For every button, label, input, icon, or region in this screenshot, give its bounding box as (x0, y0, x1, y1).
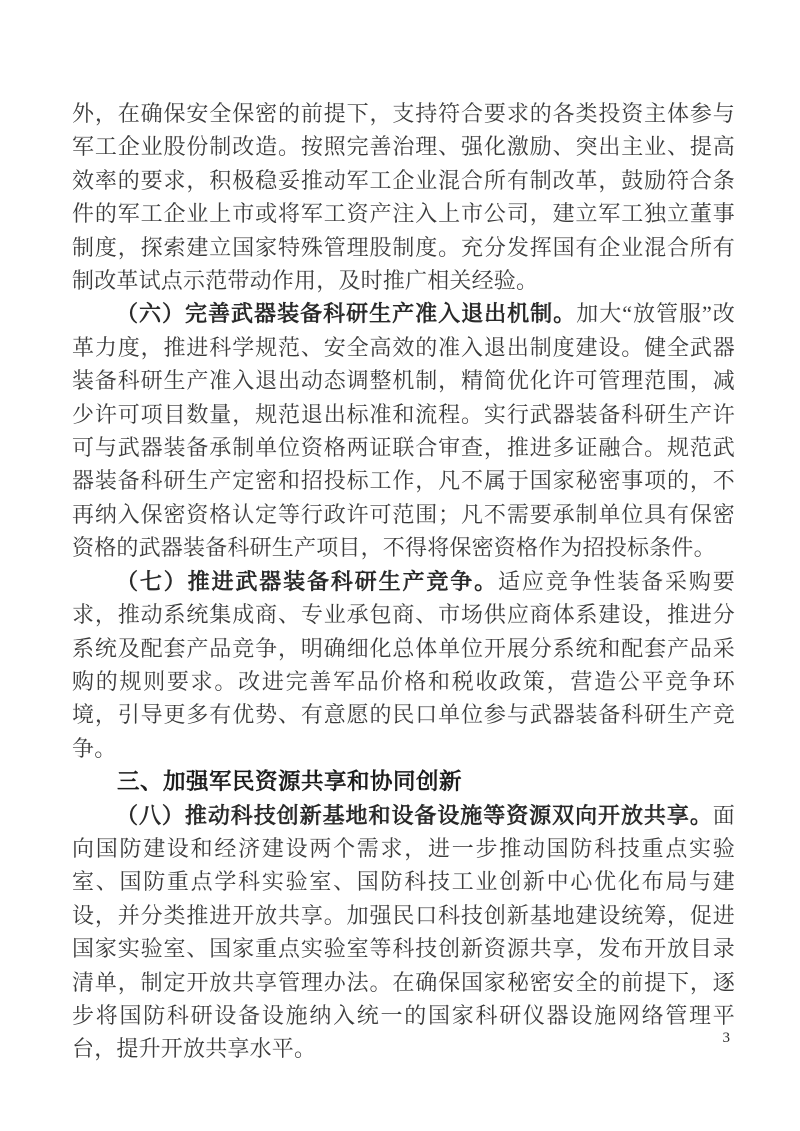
paragraph-text: 适应竞争性装备采购要求，推动系统集成商、专业承包商、市场供应商体系建设，推进分系… (72, 569, 735, 761)
paragraph-continuation: 外，在确保安全保密的前提下，支持符合要求的各类投资主体参与军工企业股份制改造。按… (72, 97, 735, 297)
paragraph-item-6: （六）完善武器装备科研生产准入退出机制。加大“放管服”改革力度，推进科学规范、安… (72, 297, 735, 564)
document-body: 外，在确保安全保密的前提下，支持符合要求的各类投资主体参与军工企业股份制改造。按… (72, 97, 735, 1066)
paragraph-text: 加大“放管服”改革力度，推进科学规范、安全高效的准入退出制度建设。健全武器装备科… (72, 301, 735, 560)
paragraph-text: 外，在确保安全保密的前提下，支持符合要求的各类投资主体参与军工企业股份制改造。按… (72, 101, 735, 293)
document-page: 外，在确保安全保密的前提下，支持符合要求的各类投资主体参与军工企业股份制改造。按… (0, 0, 800, 1131)
section-heading: 三、加强军民资源共享和协同创新 (72, 765, 735, 798)
paragraph-lead: （八）推动科技创新基地和设备设施等资源双向开放共享。 (116, 803, 713, 828)
paragraph-lead: （六）完善武器装备科研生产准入退出机制。 (116, 301, 576, 326)
paragraph-item-8: （八）推动科技创新基地和设备设施等资源双向开放共享。面向国防建设和经济建设两个需… (72, 799, 735, 1066)
paragraph-lead: （七）推进武器装备科研生产竞争。 (116, 569, 498, 594)
page-number: 3 (723, 1031, 731, 1046)
paragraph-item-7: （七）推进武器装备科研生产竞争。适应竞争性装备采购要求，推动系统集成商、专业承包… (72, 565, 735, 765)
paragraph-text: 面向国防建设和经济建设两个需求，进一步推动国防科技重点实验室、国防重点学科实验室… (72, 803, 735, 1062)
